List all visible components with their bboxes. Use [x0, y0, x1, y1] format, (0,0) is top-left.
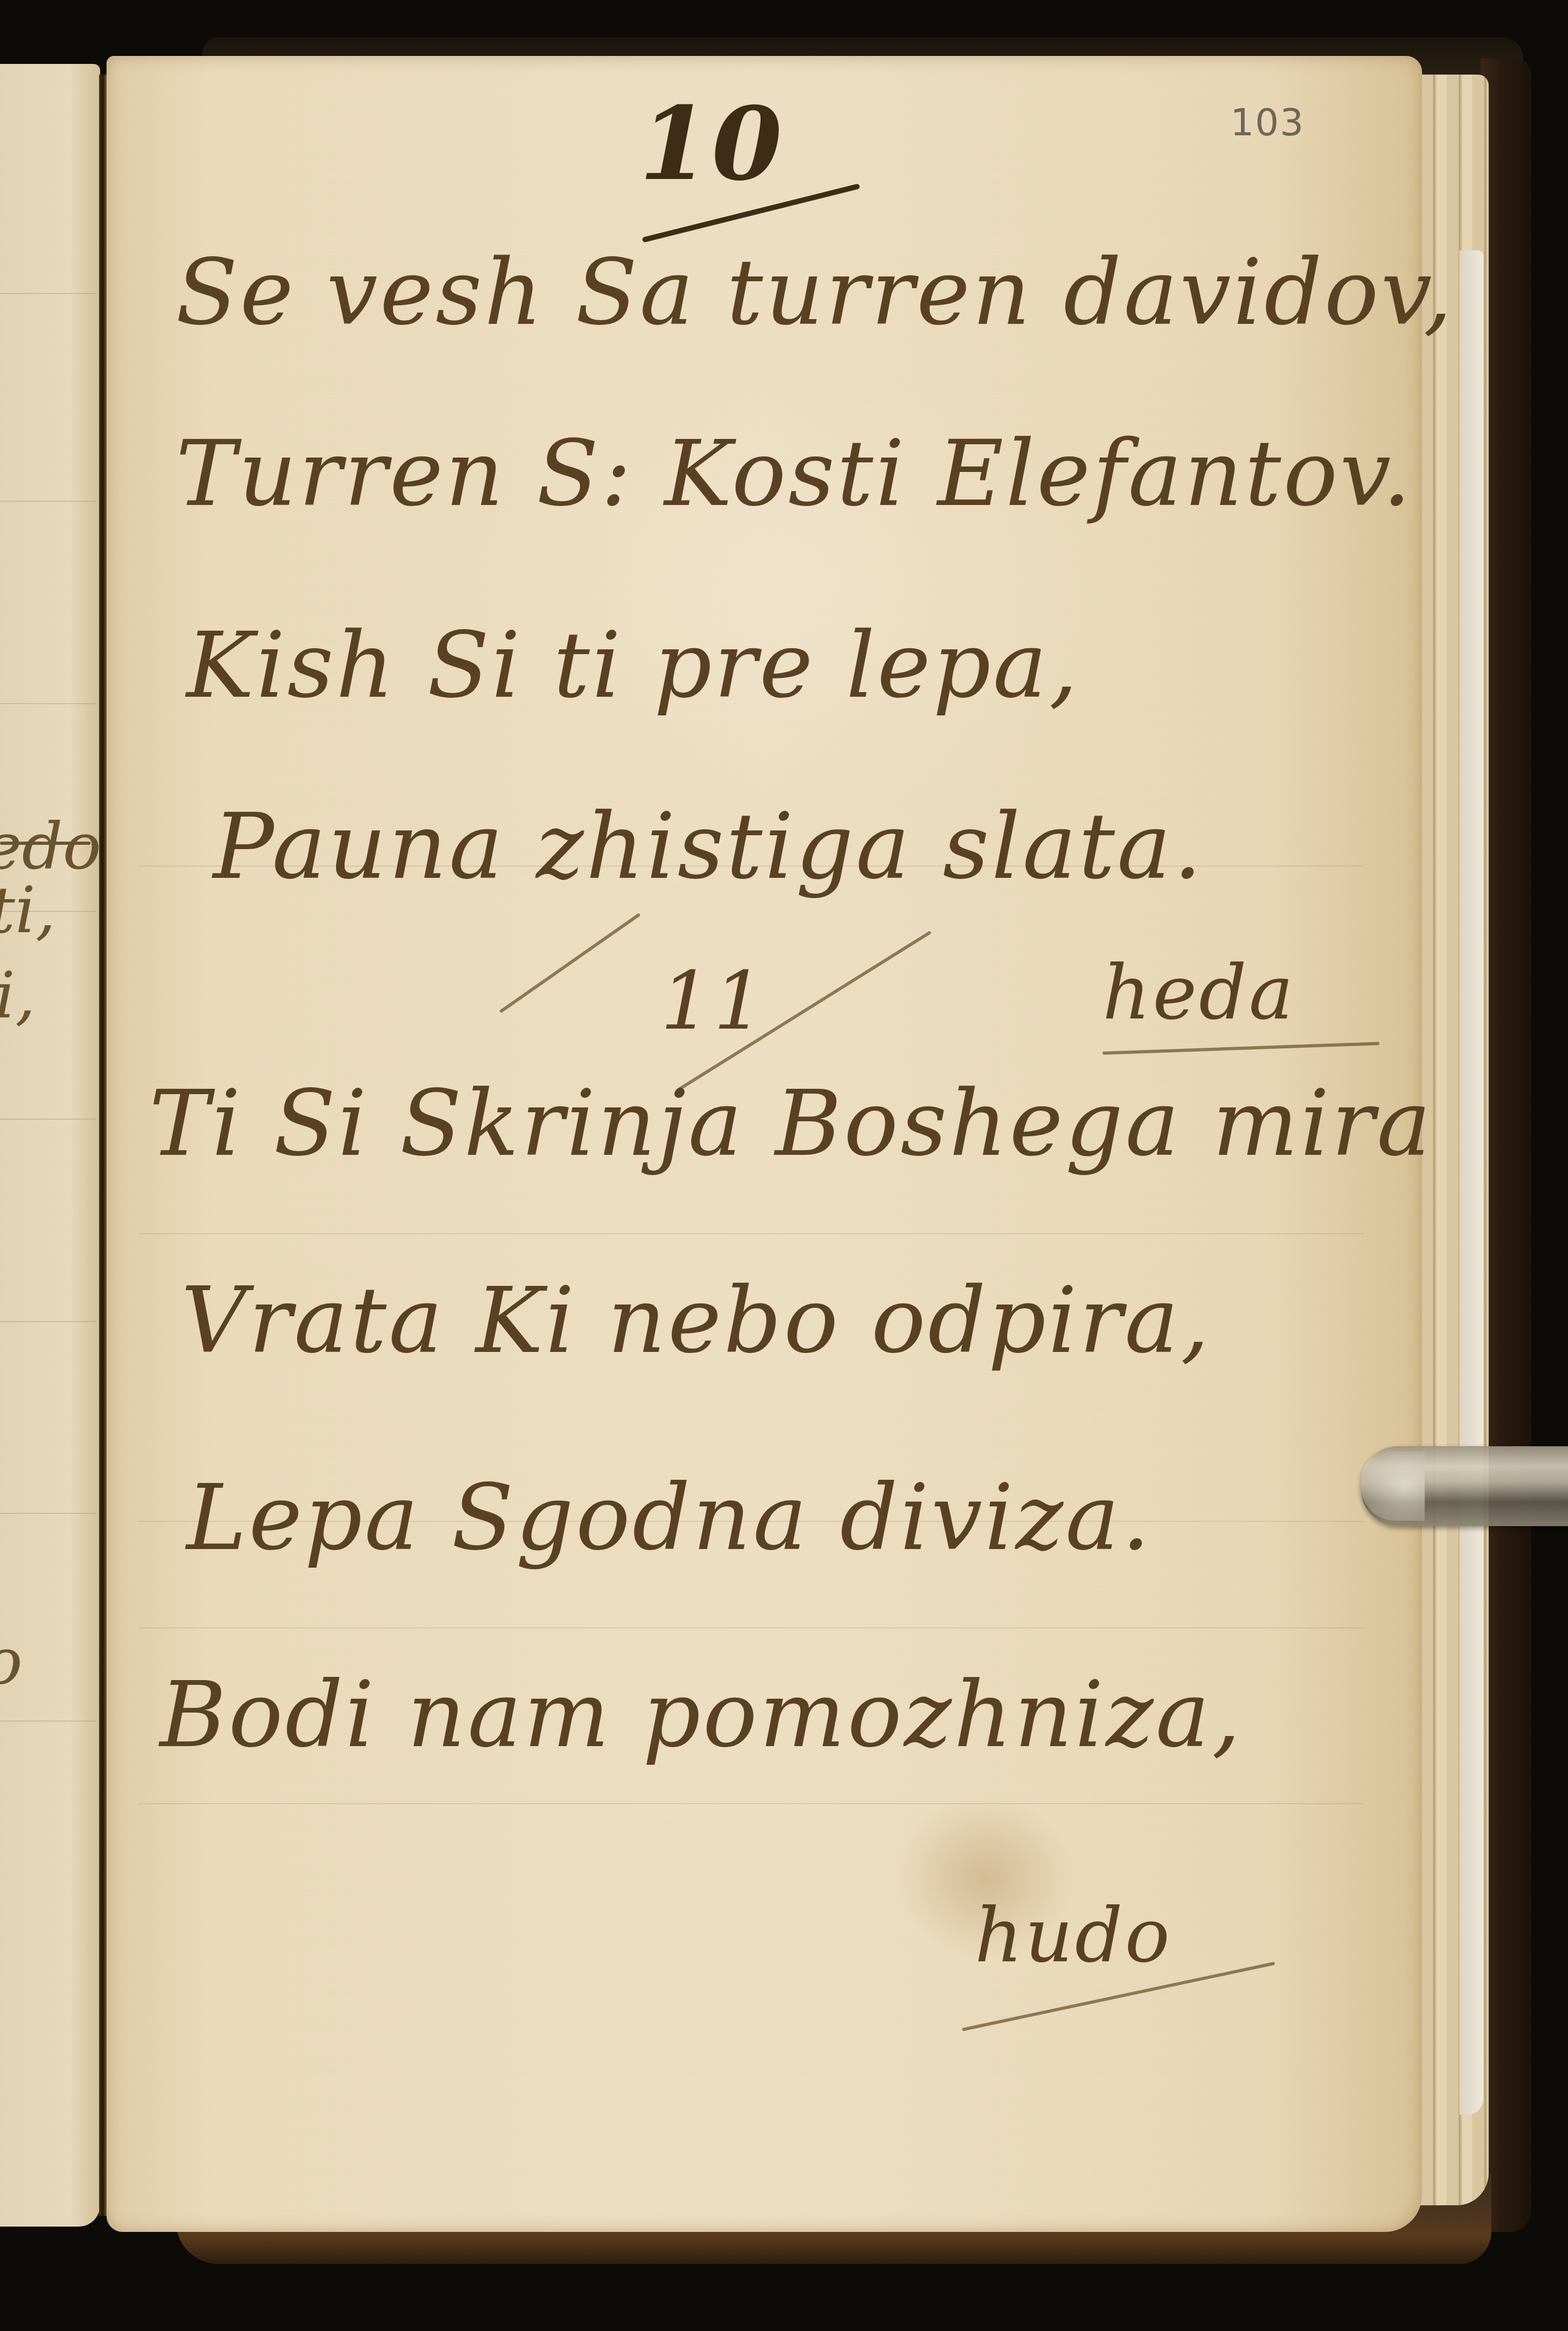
verse-line: Bodi nam pomozhniza, — [160, 1670, 1243, 1761]
ruling-line — [138, 1803, 1363, 1804]
verse-number: 10 — [639, 93, 784, 194]
glass-rod-tip — [1361, 1452, 1425, 1521]
verse-line: Se vesh Sa turren davidov, — [176, 248, 1455, 338]
verse-line: Lepa Sgodna diviza. — [186, 1473, 1153, 1563]
book-gutter — [99, 75, 107, 2216]
left-page-fragment: o — [0, 1630, 22, 1694]
verse-line: Turren S: Kosti Elefantov. — [176, 429, 1413, 519]
ruling-line — [0, 293, 96, 294]
left-page-fragment: i, — [0, 964, 36, 1028]
refrain-marker: heda — [1102, 956, 1295, 1031]
ruling-line — [0, 501, 96, 502]
left-page-fragment: edo — [0, 815, 101, 879]
page-edge-light — [1459, 250, 1483, 2115]
ruling-line — [0, 1119, 96, 1120]
ruling-line — [0, 1321, 96, 1322]
ruling-line — [0, 703, 96, 704]
refrain-underline — [1102, 1042, 1379, 1055]
left-page-fragment: ti, — [0, 879, 56, 943]
verse-line: Kish Si ti pre lepa, — [186, 621, 1080, 711]
left-page-underline — [0, 842, 91, 845]
ruling-line — [138, 1233, 1363, 1234]
verse-line: Pauna zhistiga slata. — [213, 802, 1204, 892]
verse-line: Vrata Ki nebo odpira, — [181, 1276, 1212, 1366]
verse-line: Ti Si Skrinja Boshega mira — [149, 1079, 1433, 1169]
verse-number: 11 — [660, 961, 766, 1041]
ruling-line — [138, 1627, 1363, 1628]
manuscript-page: 103 10 Se vesh Sa turren davidov, Turren… — [107, 56, 1422, 2232]
folio-number: 103 — [1230, 104, 1305, 141]
closing-refrain: hudo — [975, 1899, 1172, 1974]
left-facing-page: edo ti, i, o — [0, 64, 100, 2227]
ruling-line — [0, 1721, 96, 1722]
ruling-line — [0, 1513, 96, 1514]
flourish-stroke — [499, 913, 641, 1013]
